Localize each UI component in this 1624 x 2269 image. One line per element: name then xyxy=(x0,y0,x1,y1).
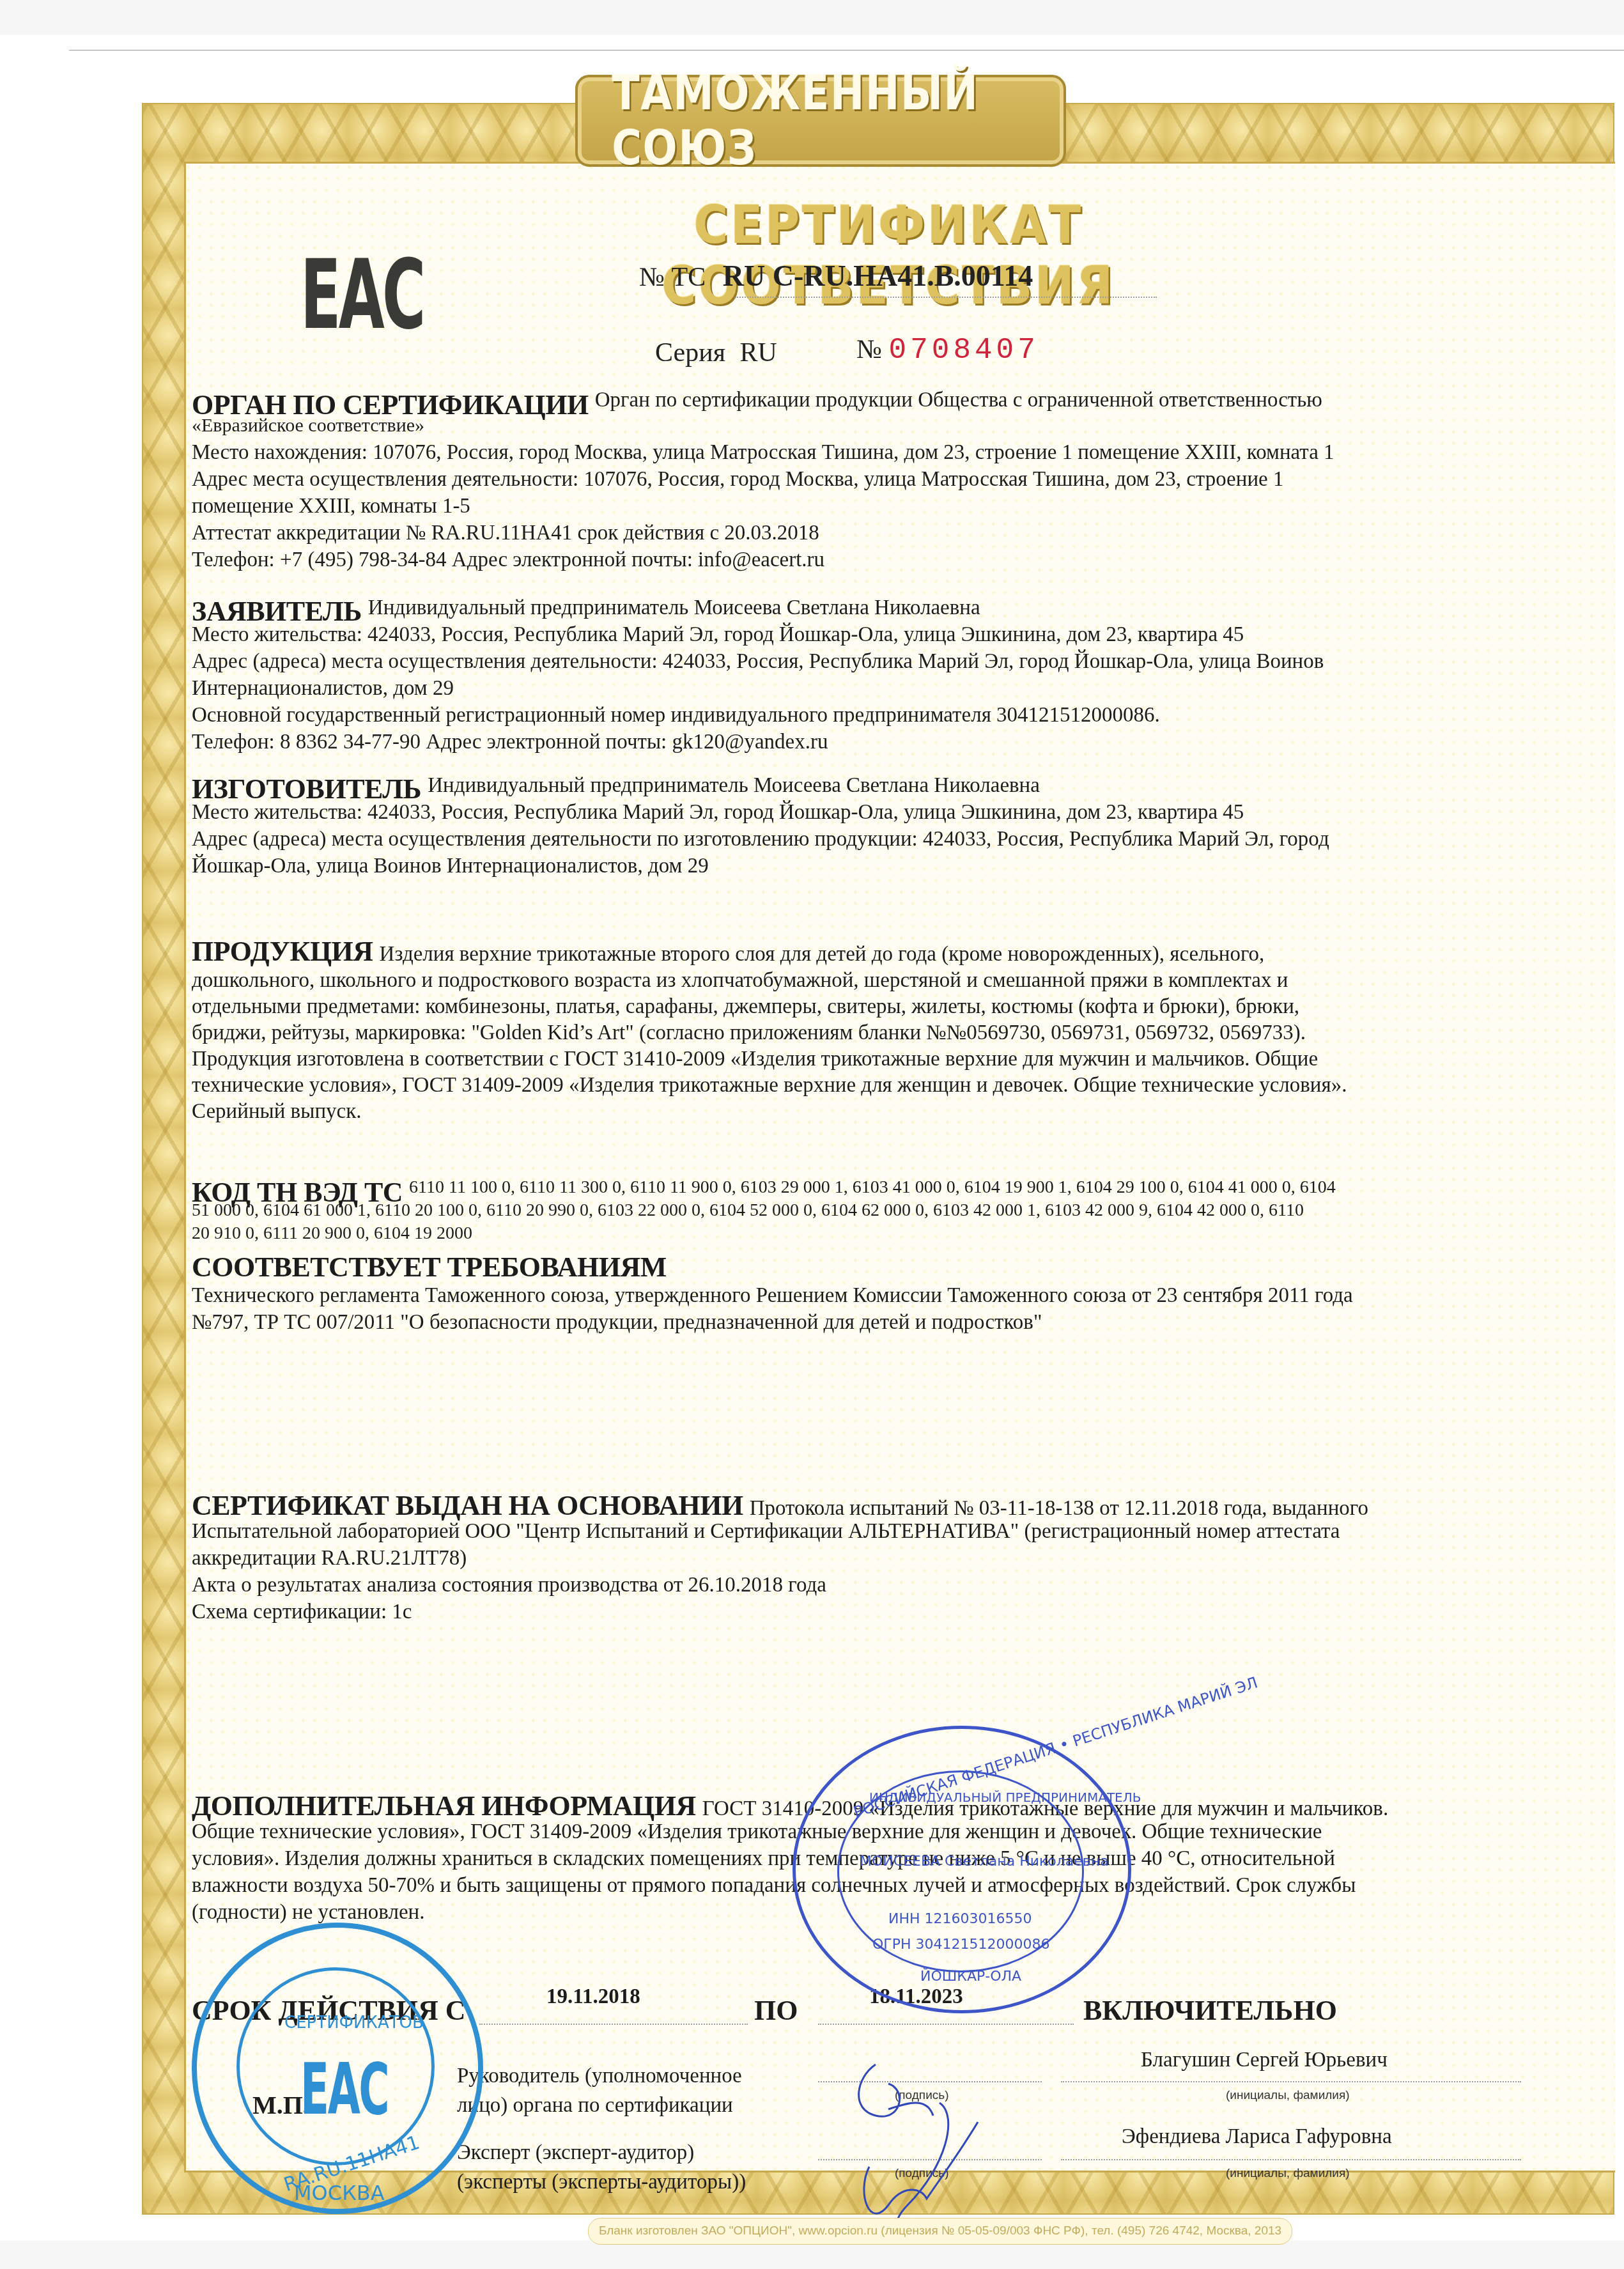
tn-ved-codes-line: 6110 11 100 0, 6110 11 300 0, 6110 11 90… xyxy=(409,1177,1336,1197)
product-line: бриджи, рейтузы, маркировка: "Golden Kid… xyxy=(192,1020,1521,1046)
validity-from-date: 19.11.2018 xyxy=(546,1985,640,2009)
series-label: Серия xyxy=(655,338,725,368)
product-line: Продукция изготовлена в соответствии с Г… xyxy=(192,1046,1521,1073)
validity-inclusive-label: ВКЛЮЧИТЕЛЬНО xyxy=(1083,1994,1337,2027)
head-role: Руководитель (уполномоченное лицо) орган… xyxy=(457,2061,742,2120)
basis-line: Схема сертификации: 1с xyxy=(192,1599,1521,1625)
section-heading: СЕРТИФИКАТ ВЫДАН НА ОСНОВАНИИ xyxy=(192,1490,743,1521)
section-heading: СООТВЕТСТВУЕТ ТРЕБОВАНИЯМ xyxy=(192,1253,1515,1282)
applicant-contacts: Телефон: 8 8362 34-77-90 Адрес электронн… xyxy=(192,729,1521,755)
name-caption: (инициалы, фамилия) xyxy=(1226,2167,1350,2181)
applicant-name: Индивидуальный предприниматель Моисеева … xyxy=(368,596,980,619)
requirements-line: Технического регламента Таможенного союз… xyxy=(192,1282,1521,1309)
stamp-text: ОГРН 304121512000086 xyxy=(872,1937,1050,1953)
cb-activity-address-2: помещение XXIII, комнаты 1-5 xyxy=(192,493,1521,520)
section-applicant: ЗАЯВИТЕЛЬИндивидуальный предприниматель … xyxy=(192,594,1521,755)
basis-line: Акта о результатах анализа состояния про… xyxy=(192,1572,1521,1599)
section-heading: ПРОДУКЦИЯ xyxy=(192,936,373,967)
head-role-line1: Руководитель (уполномоченное xyxy=(457,2061,742,2091)
blank-series: Серия RU xyxy=(655,337,777,368)
validity-to-label: ПО xyxy=(754,1994,798,2027)
section-product: ПРОДУКЦИЯИзделия верхние трикотажные вто… xyxy=(192,938,1521,1125)
blank-imprint-text: Бланк изготовлен ЗАО "ОПЦИОН", www.opcio… xyxy=(599,2224,1281,2238)
basis-line: аккредитации RA.RU.21ЛТ78) xyxy=(192,1545,1521,1572)
head-name: Благушин Сергей Юрьевич xyxy=(1141,2048,1388,2072)
blank-imprint: Бланк изготовлен ЗАО "ОПЦИОН", www.opcio… xyxy=(588,2218,1292,2245)
tn-ved-codes-line: 20 910 0, 6111 20 900 0, 6104 19 2000 xyxy=(192,1222,1521,1245)
certificate-title: СЕРТИФИКАТ СООТВЕТСТВИЯ xyxy=(566,195,1210,316)
head-name-line xyxy=(1061,2081,1521,2082)
manufacturer-address-2: Йошкар-Ола, улица Воинов Интернационалис… xyxy=(192,853,1521,879)
from-date-underline xyxy=(479,2024,748,2025)
certificate-number: № ТС RU C-RU.HA41.B.00114 xyxy=(639,259,1033,293)
applicant-activity-address-2: Интернационалистов, дом 29 xyxy=(192,675,1521,702)
stamp-text: МОСКВА xyxy=(294,2181,385,2205)
expert-role-line2: (эксперты (эксперты-аудиторы)) xyxy=(457,2167,746,2197)
applicant-ogrnip: Основной государственный регистрационный… xyxy=(192,702,1521,729)
basis-line: Протокола испытаний № 03-11-18-138 от 12… xyxy=(750,1497,1368,1520)
basis-line: Испытательной лабораторией ООО "Центр Ис… xyxy=(192,1518,1521,1545)
product-line: дошкольного, школьного и подросткового в… xyxy=(192,968,1521,994)
customs-union-badge: ТАМОЖЕННЫЙ СОЮЗ xyxy=(575,75,1066,167)
cb-contacts: Телефон: +7 (495) 798-34-84 Адрес электр… xyxy=(192,546,1521,573)
expert-role: Эксперт (эксперт-аудитор) (эксперты (экс… xyxy=(457,2138,746,2197)
series-value: RU xyxy=(739,338,777,368)
section-manufacturer: ИЗГОТОВИТЕЛЬИндивидуальный предпринимате… xyxy=(192,772,1521,879)
manufacturer-residence: Место жительства: 424033, Россия, Респуб… xyxy=(192,799,1521,826)
applicant-activity-address-1: Адрес (адреса) места осуществления деяте… xyxy=(192,648,1521,675)
manufacturer-name: Индивидуальный предприниматель Моисеева … xyxy=(428,774,1040,797)
to-date-underline xyxy=(818,2024,1074,2025)
requirements-line: №797, ТР ТС 007/2011 "О безопасности про… xyxy=(192,1309,1521,1336)
cb-activity-address-1: Адрес места осуществления деятельности: … xyxy=(192,466,1521,493)
customs-union-label: ТАМОЖЕННЫЙ СОЮЗ xyxy=(612,66,1030,176)
blank-number-label: № xyxy=(856,335,882,364)
number-underline xyxy=(735,297,1157,298)
blank-number-value: 0708407 xyxy=(889,334,1039,367)
manufacturer-address-1: Адрес (адреса) места осуществления деяте… xyxy=(192,826,1521,853)
blank-number: № 0708407 xyxy=(856,334,1039,367)
cb-accreditation: Аттестат аккредитации № RA.RU.11HA41 сро… xyxy=(192,520,1521,546)
section-basis: СЕРТИФИКАТ ВЫДАН НА ОСНОВАНИИПротокола и… xyxy=(192,1492,1521,1625)
name-caption: (инициалы, фамилия) xyxy=(1226,2089,1350,2103)
expert-name: Эфендиева Лариса Гафуровна xyxy=(1122,2125,1392,2149)
head-role-line2: лицо) органа по сертификации xyxy=(457,2091,742,2120)
stamp-text: СЕРТИФИКАТОВ xyxy=(284,2013,424,2033)
cb-location: Место нахождения: 107076, Россия, город … xyxy=(192,439,1521,466)
certificate-number-label: № ТС xyxy=(639,263,706,292)
section-tn-ved: КОД ТН ВЭД ТС6110 11 100 0, 6110 11 300 … xyxy=(192,1176,1521,1245)
applicant-residence: Место жительства: 424033, Россия, Респуб… xyxy=(192,621,1521,648)
expert-name-line xyxy=(1061,2159,1521,2160)
section-certification-body: ОРГАН ПО СЕРТИФИКАЦИИОрган по сертификац… xyxy=(192,387,1521,573)
stamp-text: ИНН 121603016550 xyxy=(888,1911,1032,1927)
cb-name-line1: Орган по сертификации продукции Общества… xyxy=(595,389,1322,412)
scan-edge-line xyxy=(69,50,1624,50)
stamp-text: ЙОШКАР-ОЛА xyxy=(920,1969,1021,1985)
product-line: отдельными предметами: комбинезоны, плат… xyxy=(192,994,1521,1020)
stamp-text: МОИСЕЕВА Светлана Николаевна xyxy=(860,1854,1109,1870)
section-requirements: СООТВЕТСТВУЕТ ТРЕБОВАНИЯМ Технического р… xyxy=(192,1253,1521,1336)
signature-scribble-icon xyxy=(831,2039,1010,2243)
stamp-eac-logo-icon: EAC xyxy=(300,2048,388,2130)
stamp-text: ИНДИВИДУАЛЬНЫЙ ПРЕДПРИНИМАТЕЛЬ xyxy=(869,1790,1141,1805)
product-line: Изделия верхние трикотажные второго слоя… xyxy=(380,943,1265,966)
expert-role-line1: Эксперт (эксперт-аудитор) xyxy=(457,2138,746,2167)
section-heading: ДОПОЛНИТЕЛЬНАЯ ИНФОРМАЦИЯ xyxy=(192,1790,696,1822)
product-line: Серийный выпуск. xyxy=(192,1099,1521,1125)
certificate-number-value: RU C-RU.HA41.B.00114 xyxy=(723,259,1033,292)
eac-logo-icon: EAC xyxy=(300,240,424,351)
product-line: технические условия», ГОСТ 31409-2009 «И… xyxy=(192,1073,1521,1099)
